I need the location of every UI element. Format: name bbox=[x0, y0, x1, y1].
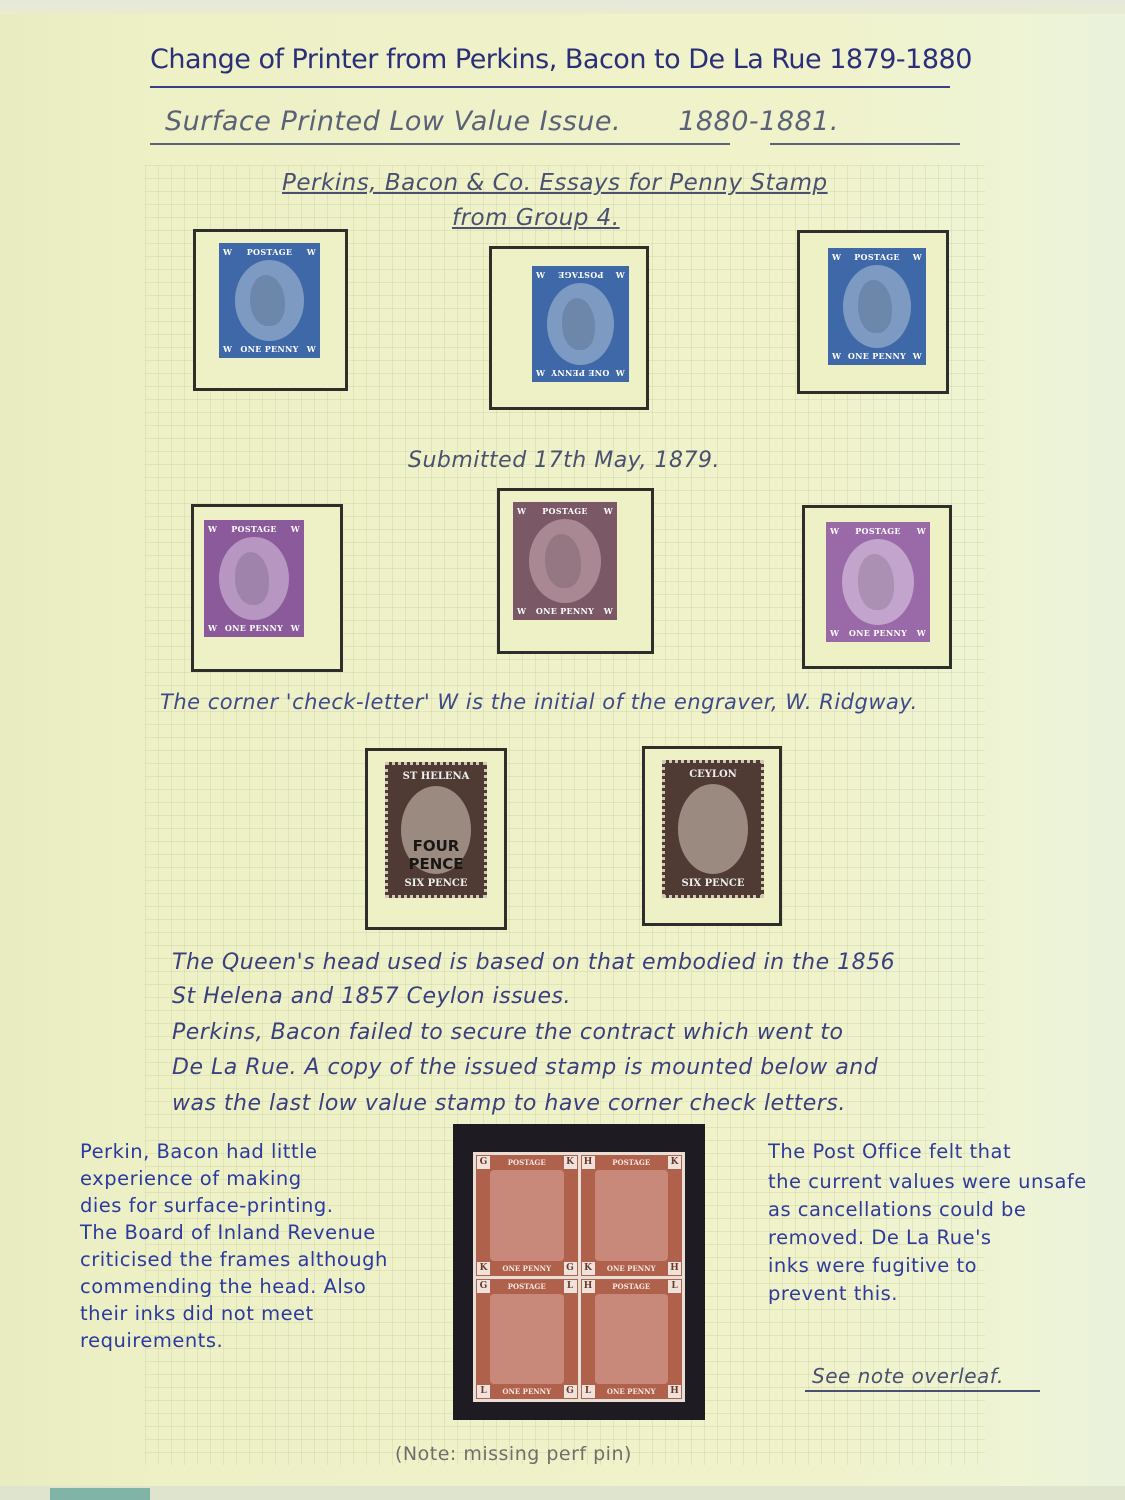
queen-head-icon bbox=[843, 265, 911, 348]
surcharge-overprint: FOUR PENCE bbox=[392, 837, 480, 873]
check-letter: H bbox=[582, 1156, 595, 1169]
check-letter: L bbox=[477, 1385, 490, 1398]
pencil-note: (Note: missing perf pin) bbox=[395, 1443, 632, 1465]
check-letter: W bbox=[517, 506, 526, 516]
check-letter-note: The corner 'check-letter' W is the initi… bbox=[160, 690, 918, 714]
album-sleeve-bottom bbox=[0, 1486, 1125, 1500]
check-letter: W bbox=[917, 526, 926, 536]
subtitle-years: 1880-1881. bbox=[678, 106, 839, 137]
stamp-value-label: ONE PENNY bbox=[848, 351, 906, 361]
check-letter: W bbox=[291, 623, 300, 633]
stamp-value-label: ONE PENNY bbox=[607, 1264, 656, 1273]
left-note-line: criticised the frames although bbox=[80, 1248, 388, 1271]
issued-stamp[interactable]: H K POSTAGE ONE PENNY K H bbox=[581, 1155, 683, 1276]
stamp-value-label: SIX PENCE bbox=[681, 878, 744, 889]
stamp-country-label: CEYLON bbox=[689, 769, 737, 780]
essay-stamp-blue-2[interactable]: POSTAGE W W W W ONE PENNY bbox=[532, 266, 629, 382]
check-letter: W bbox=[536, 368, 545, 378]
stamp-top-label: POSTAGE bbox=[855, 526, 901, 536]
essay-stamp-lilac-3[interactable]: POSTAGE W W W W ONE PENNY bbox=[826, 522, 930, 642]
stamp-value-label: ONE PENNY bbox=[536, 606, 594, 616]
stamp-value-label: ONE PENNY bbox=[849, 628, 907, 638]
stamp-top-label: POSTAGE bbox=[231, 524, 277, 534]
stamp-top-label: POSTAGE bbox=[542, 506, 588, 516]
check-letter: G bbox=[477, 1280, 490, 1293]
queen-head-icon bbox=[219, 537, 288, 620]
check-letter: K bbox=[668, 1156, 681, 1169]
queen-head-icon bbox=[235, 260, 305, 341]
check-letter: W bbox=[208, 623, 217, 633]
check-letter: W bbox=[832, 252, 841, 262]
check-letter: W bbox=[223, 344, 232, 354]
section-heading: Perkins, Bacon & Co. Essays for Penny St… bbox=[282, 170, 828, 196]
left-note-line: their inks did not meet bbox=[80, 1302, 314, 1325]
queen-head-icon bbox=[842, 539, 914, 625]
essay-stamp-blue-3[interactable]: POSTAGE W W W W ONE PENNY bbox=[828, 248, 926, 365]
stamp-top-label: POSTAGE bbox=[508, 1282, 546, 1291]
right-note-line: prevent this. bbox=[768, 1282, 898, 1305]
check-letter: W bbox=[536, 270, 545, 280]
stamp-value-label: SIX PENCE bbox=[404, 878, 467, 889]
queen-head-icon bbox=[490, 1170, 564, 1261]
check-letter: W bbox=[913, 252, 922, 262]
check-letter: W bbox=[832, 351, 841, 361]
check-letter: W bbox=[291, 524, 300, 534]
check-letter: W bbox=[830, 526, 839, 536]
left-note-line: Perkin, Bacon had little bbox=[80, 1140, 318, 1163]
queen-head-icon bbox=[547, 283, 614, 365]
check-letter: K bbox=[564, 1156, 577, 1169]
check-letter: W bbox=[307, 247, 316, 257]
check-letter: W bbox=[616, 368, 625, 378]
left-note-line: dies for surface-printing. bbox=[80, 1194, 333, 1217]
check-letter: H bbox=[582, 1280, 595, 1293]
paragraph-line: The Queen's head used is based on that e… bbox=[172, 950, 895, 975]
page-subtitle: Surface Printed Low Value Issue. 1880-18… bbox=[165, 106, 839, 137]
check-letter: H bbox=[668, 1262, 681, 1275]
stamp-country-label: ST HELENA bbox=[403, 771, 470, 782]
check-letter: H bbox=[668, 1385, 681, 1398]
issued-stamp[interactable]: G L POSTAGE ONE PENNY L G bbox=[476, 1279, 578, 1400]
right-note-line: the current values were unsafe bbox=[768, 1170, 1087, 1193]
see-note-underline bbox=[805, 1390, 1040, 1392]
check-letter: G bbox=[564, 1385, 577, 1398]
stamp-top-label: POSTAGE bbox=[612, 1158, 650, 1167]
left-note-line: experience of making bbox=[80, 1167, 302, 1190]
queen-head-icon bbox=[529, 519, 601, 603]
check-letter: W bbox=[830, 628, 839, 638]
subtitle-underline bbox=[150, 143, 730, 145]
right-note-line: as cancellations could be bbox=[768, 1198, 1026, 1221]
left-note-line: commending the head. Also bbox=[80, 1275, 366, 1298]
essay-stamp-blue-1[interactable]: POSTAGE W W W W ONE PENNY bbox=[219, 243, 320, 358]
years-underline bbox=[770, 143, 960, 145]
section-heading-2: from Group 4. bbox=[452, 205, 620, 231]
stamp-value-label: ONE PENNY bbox=[225, 623, 283, 633]
page-title: Change of Printer from Perkins, Bacon to… bbox=[150, 44, 972, 75]
issued-stamp-block[interactable]: G K POSTAGE ONE PENNY K G H K POSTAGE ON… bbox=[473, 1152, 685, 1402]
check-letter: L bbox=[582, 1385, 595, 1398]
subtitle-text: Surface Printed Low Value Issue. bbox=[165, 106, 621, 137]
st-helena-stamp[interactable]: ST HELENA SIX PENCE FOUR PENCE bbox=[385, 762, 487, 898]
queen-head-icon bbox=[678, 784, 748, 874]
next-page-edge bbox=[50, 1488, 150, 1500]
stamp-top-label: POSTAGE bbox=[558, 270, 604, 280]
right-note-line: inks were fugitive to bbox=[768, 1254, 977, 1277]
check-letter: G bbox=[564, 1262, 577, 1275]
check-letter: W bbox=[208, 524, 217, 534]
stamp-value-label: ONE PENNY bbox=[240, 344, 298, 354]
left-note-line: The Board of Inland Revenue bbox=[80, 1221, 376, 1244]
check-letter: G bbox=[477, 1156, 490, 1169]
check-letter: W bbox=[616, 270, 625, 280]
check-letter: W bbox=[604, 606, 613, 616]
stamp-top-label: POSTAGE bbox=[854, 252, 900, 262]
essay-stamp-mauve-2[interactable]: POSTAGE W W W W ONE PENNY bbox=[513, 502, 617, 620]
check-letter: W bbox=[517, 606, 526, 616]
left-note-line: requirements. bbox=[80, 1329, 223, 1352]
queen-head-icon bbox=[595, 1170, 669, 1261]
essay-stamp-purple-1[interactable]: POSTAGE W W W W ONE PENNY bbox=[204, 520, 304, 637]
check-letter: W bbox=[917, 628, 926, 638]
check-letter: K bbox=[582, 1262, 595, 1275]
stamp-top-label: POSTAGE bbox=[247, 247, 293, 257]
submitted-note: Submitted 17th May, 1879. bbox=[408, 448, 720, 473]
stamp-value-label: ONE PENNY bbox=[607, 1387, 656, 1396]
right-note-line: removed. De La Rue's bbox=[768, 1226, 992, 1249]
paragraph-line: St Helena and 1857 Ceylon issues. bbox=[172, 984, 571, 1009]
check-letter: L bbox=[668, 1280, 681, 1293]
issued-stamp[interactable]: H L POSTAGE ONE PENNY L H bbox=[581, 1279, 683, 1400]
check-letter: W bbox=[604, 506, 613, 516]
check-letter: W bbox=[307, 344, 316, 354]
stamp-top-label: POSTAGE bbox=[612, 1282, 650, 1291]
right-note-line: The Post Office felt that bbox=[768, 1140, 1011, 1163]
title-underline bbox=[150, 86, 950, 88]
queen-head-icon bbox=[490, 1294, 564, 1385]
stamp-top-label: POSTAGE bbox=[508, 1158, 546, 1167]
queen-head-icon bbox=[595, 1294, 669, 1385]
stamp-value-label: ONE PENNY bbox=[502, 1264, 551, 1273]
paragraph-line: De La Rue. A copy of the issued stamp is… bbox=[172, 1055, 878, 1080]
stamp-value-label: ONE PENNY bbox=[551, 368, 609, 378]
check-letter: W bbox=[223, 247, 232, 257]
paragraph-line: was the last low value stamp to have cor… bbox=[172, 1091, 846, 1116]
check-letter: W bbox=[913, 351, 922, 361]
stamp-value-label: ONE PENNY bbox=[502, 1387, 551, 1396]
see-note-overleaf: See note overleaf. bbox=[812, 1364, 1004, 1388]
check-letter: L bbox=[564, 1280, 577, 1293]
issued-stamp[interactable]: G K POSTAGE ONE PENNY K G bbox=[476, 1155, 578, 1276]
check-letter: K bbox=[477, 1262, 490, 1275]
ceylon-stamp[interactable]: CEYLON SIX PENCE bbox=[662, 760, 764, 898]
paragraph-line: Perkins, Bacon failed to secure the cont… bbox=[172, 1020, 844, 1045]
